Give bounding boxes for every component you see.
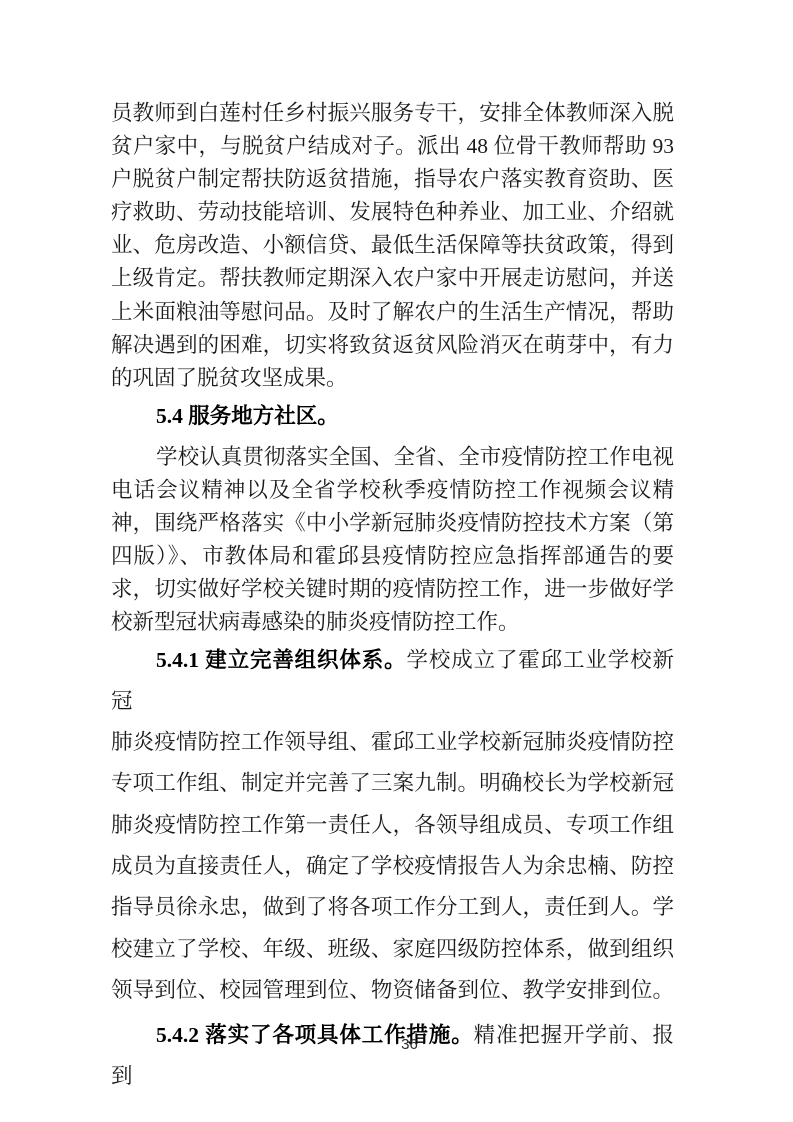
text-run: 专项工作组、制定并完善了三案九制。明确校长为学校新冠 — [111, 771, 674, 795]
paragraph-poverty-alleviation: 员教师到白莲村任乡村振兴服务专干，安排全体教师深入脱贫户家中，与脱贫户结成对子。… — [111, 97, 674, 395]
text-line: 校新型冠状病毒感染的肺炎疫情防控工作。 — [111, 606, 674, 639]
text-run: 疗救助、劳动技能培训、发展特色种养业、加工业、介绍就 — [111, 200, 674, 224]
text-run: 的巩固了脱贫攻坚成果。 — [111, 366, 348, 390]
text-run: 校新型冠状病毒感染的肺炎疫情防控工作。 — [111, 610, 520, 634]
paragraph-5-4-1-organization: 5.4.1 建立完善组织体系。学校成立了霍邱工业学校新冠肺炎疫情防控工作领导组、… — [111, 640, 674, 1012]
paragraph-5-4-2-measures: 5.4.2 落实了各项具体工作措施。精准把握开学前、报到 — [111, 1015, 674, 1098]
text-line: 业、危房改造、小额信贷、最低生活保障等扶贫政策，得到 — [111, 229, 674, 262]
text-run: 肺炎疫情防控工作领导组、霍邱工业学校新冠肺炎疫情防控 — [111, 730, 674, 754]
text-line: 员教师到白莲村任乡村振兴服务专干，安排全体教师深入脱 — [111, 97, 674, 130]
text-run: 神，围绕严格落实《中小学新冠肺炎疫情防控技术方案（第 — [111, 511, 674, 535]
text-run: 领导到位、校园管理到位、物资储备到位、教学安排到位。 — [111, 978, 674, 1002]
text-line: 贫户家中，与脱贫户结成对子。派出 48 位骨干教师帮助 93 — [111, 130, 674, 163]
text-line: 上米面粮油等慰问品。及时了解农户的生活生产情况，帮助 — [111, 296, 674, 329]
page-body: 员教师到白莲村任乡村振兴服务专干，安排全体教师深入脱贫户家中，与脱贫户结成对子。… — [111, 97, 674, 1098]
text-line: 指导员徐永忠，做到了将各项工作分工到人，责任到人。学 — [111, 887, 674, 928]
heading-run: 5.4.1 建立完善组织体系。 — [156, 648, 407, 672]
text-line: 专项工作组、制定并完善了三案九制。明确校长为学校新冠 — [111, 763, 674, 804]
text-run: 指导员徐永忠，做到了将各项工作分工到人，责任到人。学 — [111, 895, 674, 919]
text-run: 肺炎疫情防控工作第一责任人，各领导组成员、专项工作组 — [111, 813, 674, 837]
text-line: 的巩固了脱贫攻坚成果。 — [111, 362, 674, 395]
text-line: 学校认真贯彻落实全国、全省、全市疫情防控工作电视 — [111, 441, 674, 474]
text-line: 成员为直接责任人，确定了学校疫情报告人为余忠楠、防控 — [111, 846, 674, 887]
paragraph-epidemic-policy: 学校认真贯彻落实全国、全省、全市疫情防控工作电视电话会议精神以及全省学校秋季疫情… — [111, 441, 674, 640]
text-run: 上米面粮油等慰问品。及时了解农户的生活生产情况，帮助 — [111, 300, 674, 324]
heading-run: 5.4 服务地方社区。 — [156, 404, 339, 428]
text-run: 学校认真贯彻落实全国、全省、全市疫情防控工作电视 — [156, 445, 674, 469]
text-run: 户脱贫户制定帮扶防返贫措施，指导农户落实教育资助、医 — [111, 167, 674, 191]
text-line: 疗救助、劳动技能培训、发展特色种养业、加工业、介绍就 — [111, 196, 674, 229]
text-run: 电话会议精神以及全省学校秋季疫情防控工作视频会议精 — [111, 478, 674, 502]
text-run: 校建立了学校、年级、班级、家庭四级防控体系，做到组织 — [111, 937, 674, 961]
text-run: 求，切实做好学校关键时期的疫情防控工作，进一步做好学 — [111, 577, 674, 601]
text-line: 解决遇到的困难，切实将致贫返贫风险消灭在萌芽中，有力 — [111, 329, 674, 362]
text-line: 上级肯定。帮扶教师定期深入农户家中开展走访慰问，并送 — [111, 262, 674, 295]
text-run: 员教师到白莲村任乡村振兴服务专干，安排全体教师深入脱 — [111, 101, 674, 125]
text-run: 四版）》、市教体局和霍邱县疫情防控应急指挥部通告的要 — [111, 544, 674, 568]
text-run: 贫户家中，与脱贫户结成对子。派出 48 位骨干教师帮助 93 — [111, 134, 674, 158]
text-run: 业、危房改造、小额信贷、最低生活保障等扶贫政策，得到 — [111, 233, 674, 257]
text-line: 肺炎疫情防控工作第一责任人，各领导组成员、专项工作组 — [111, 805, 674, 846]
text-line: 5.4 服务地方社区。 — [111, 400, 674, 433]
text-line: 电话会议精神以及全省学校秋季疫情防控工作视频会议精 — [111, 474, 674, 507]
text-line: 神，围绕严格落实《中小学新冠肺炎疫情防控技术方案（第 — [111, 507, 674, 540]
heading-5-4: 5.4 服务地方社区。 — [111, 400, 674, 433]
text-line: 5.4.1 建立完善组织体系。学校成立了霍邱工业学校新冠 — [111, 640, 674, 723]
text-line: 校建立了学校、年级、班级、家庭四级防控体系，做到组织 — [111, 929, 674, 970]
text-line: 户脱贫户制定帮扶防返贫措施，指导农户落实教育资助、医 — [111, 163, 674, 196]
text-line: 5.4.2 落实了各项具体工作措施。精准把握开学前、报到 — [111, 1015, 674, 1098]
text-run: 上级肯定。帮扶教师定期深入农户家中开展走访慰问，并送 — [111, 266, 674, 290]
text-line: 求，切实做好学校关键时期的疫情防控工作，进一步做好学 — [111, 573, 674, 606]
text-line: 领导到位、校园管理到位、物资储备到位、教学安排到位。 — [111, 970, 674, 1011]
text-line: 四版）》、市教体局和霍邱县疫情防控应急指挥部通告的要 — [111, 540, 674, 573]
page-number: 36 — [26, 1036, 793, 1054]
text-line: 肺炎疫情防控工作领导组、霍邱工业学校新冠肺炎疫情防控 — [111, 722, 674, 763]
text-run: 成员为直接责任人，确定了学校疫情报告人为余忠楠、防控 — [111, 854, 674, 878]
text-run: 解决遇到的困难，切实将致贫返贫风险消灭在萌芽中，有力 — [111, 333, 674, 357]
